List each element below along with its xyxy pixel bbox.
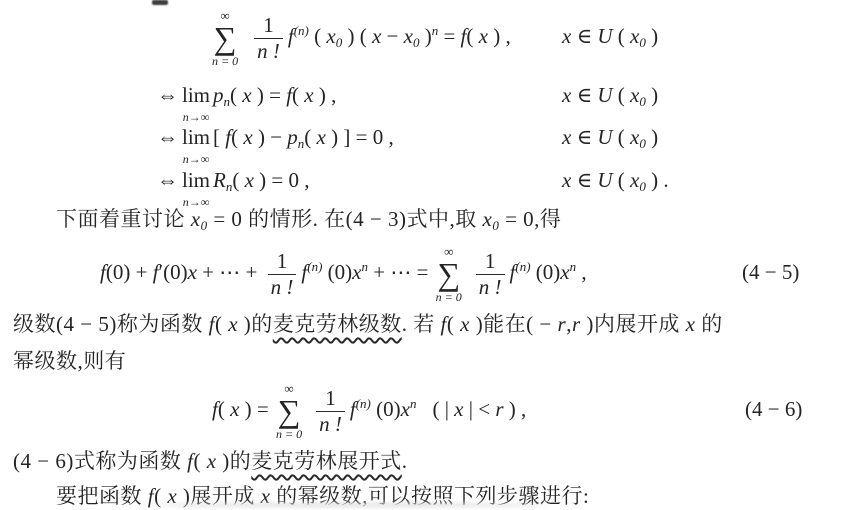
paragraph-maclaurin-expansion-definition: (4 − 6)式称为函数 f( x )的麦克劳林展开式. [13, 443, 408, 479]
math-variable: r [572, 312, 581, 336]
formula-limit-pn: ⇔limn→∞pn( x ) = f( x ) , [157, 74, 336, 116]
math-text: 的 [695, 312, 722, 336]
math-text: ( [232, 168, 244, 192]
math-text: (0) [322, 260, 352, 284]
math-text: = 0 的情形. 在(4 − 3)式中,取 [208, 207, 483, 231]
math-text: ∈ [571, 125, 597, 149]
summation-operator: ∞∑n = 0 [212, 9, 238, 67]
math-text: ) = [252, 83, 287, 107]
math-text: [ [213, 125, 225, 149]
fraction-numerator: 1 [268, 250, 297, 274]
limit-operator: limn→∞ [182, 74, 210, 116]
math-variable: p [287, 125, 298, 149]
math-text: 要把函数 [56, 484, 148, 508]
math-text: ∈ [571, 83, 597, 107]
paragraph-power-series-then: 幂级数,则有 [13, 343, 126, 379]
math-variable: x [372, 24, 381, 48]
formula-maclaurin-series: f(0) + f′(0)x + ⋯ + 1n !f(n) (0)xn + ⋯ =… [100, 242, 587, 303]
math-variable: x [243, 125, 252, 149]
scan-artifact-bottom [150, 503, 550, 507]
math-text: ) ( [342, 24, 372, 48]
paragraph-maclaurin-series-definition: 级数(4 − 5)称为函数 f( x )的麦克劳林级数. 若 f( x )能在(… [13, 306, 723, 342]
paragraph-x0-equals-0: 下面着重讨论 x0 = 0 的情形. 在(4 − 3)式中,取 x0 = 0,得 [56, 202, 561, 236]
math-text: 级数(4 − 5)称为函数 [13, 312, 209, 336]
math-text: ∈ [571, 168, 597, 192]
math-variable: x [630, 24, 639, 48]
math-text: ( [231, 125, 243, 149]
emphasized-term: 麦克劳林展开式 [251, 449, 402, 473]
math-text: . [402, 449, 408, 473]
math-variable: x [562, 83, 571, 107]
math-text: (4 − 6)式称为函数 [13, 449, 187, 473]
math-variable: x [479, 24, 488, 48]
summation-operator: ∞∑n = 0 [436, 245, 462, 303]
fraction-numerator: 1 [476, 250, 505, 274]
math-text: ( [613, 83, 631, 107]
math-text: ) . [646, 168, 669, 192]
scan-artifact-top [152, 0, 168, 5]
math-variable: U [597, 168, 612, 192]
math-text: . 若 [402, 312, 441, 336]
math-variable: x [454, 397, 463, 421]
formula-maclaurin-expansion: f( x ) = ∞∑n = 01n !f(n) (0)xn( | x | < … [212, 378, 526, 440]
math-text: ( [466, 24, 478, 48]
math-variable: x [228, 312, 238, 336]
math-text: | < [464, 397, 496, 421]
math-text: ( [447, 312, 460, 336]
math-variable: x [404, 24, 413, 48]
math-variable: x [630, 125, 639, 149]
emphasized-term: 麦克劳林级数 [273, 312, 402, 336]
math-text: ( [218, 397, 230, 421]
math-variable: x [207, 449, 217, 473]
math-variable: x [326, 24, 335, 48]
math-text: ) [646, 83, 658, 107]
math-text: ( [613, 168, 631, 192]
math-text: ( [309, 24, 327, 48]
math-text: ) , [504, 397, 527, 421]
fraction-denominator: n ! [316, 411, 345, 435]
math-text: ( [193, 449, 206, 473]
math-variable: x [304, 83, 313, 107]
math-text: ∈ [571, 24, 597, 48]
fraction-denominator: n ! [476, 274, 505, 298]
math-variable: x [630, 168, 639, 192]
math-variable: x [317, 125, 326, 149]
math-variable: R [213, 168, 226, 192]
math-superscript: (n) [307, 259, 322, 274]
math-fraction: 1n ! [268, 250, 297, 298]
summation-symbol: ∑ [276, 396, 302, 426]
math-variable: x [686, 312, 696, 336]
math-variable: r [558, 312, 567, 336]
summation-symbol: ∑ [212, 23, 238, 53]
domain-annotation-2: x ∈ U ( x0 ) [562, 74, 658, 116]
math-variable: x [188, 260, 197, 284]
math-text: )内展开成 [581, 312, 686, 336]
math-variable: x [460, 312, 470, 336]
math-text: (0) [531, 260, 561, 284]
math-text: ′(0) [159, 260, 188, 284]
math-variable: x [562, 168, 571, 192]
math-text: ) − [253, 125, 288, 149]
math-text: + ⋯ = [368, 260, 434, 284]
math-variable: p [213, 83, 224, 107]
math-text: ) [646, 125, 658, 149]
math-variable: U [597, 83, 612, 107]
limit-operator: limn→∞ [182, 159, 210, 201]
math-variable: x [245, 168, 254, 192]
formula-taylor-series-convergence: ∞∑n = 01n !f(n) ( x0 ) ( x − x0 )n = f( … [210, 8, 511, 67]
summation-lower-limit: n = 0 [212, 55, 238, 67]
math-text: ( [613, 24, 631, 48]
formula-limit-difference: ⇔limn→∞[ f( x ) − pn( x ) ] = 0 , [157, 116, 394, 158]
math-variable: x [242, 83, 251, 107]
math-text: ) = [239, 397, 274, 421]
math-text: (0) + [106, 260, 153, 284]
summation-lower-limit: n = 0 [436, 291, 462, 303]
math-fraction: 1n ! [316, 387, 345, 435]
fraction-denominator: n ! [254, 38, 283, 62]
limit-operator: limn→∞ [182, 116, 210, 158]
math-text: ) , [488, 24, 511, 48]
math-variable: U [597, 125, 612, 149]
math-subscript: 0 [201, 218, 208, 233]
math-text: , [576, 260, 587, 284]
math-text: ) [419, 24, 431, 48]
math-superscript: (n) [356, 396, 371, 411]
fraction-denominator: n ! [268, 274, 297, 298]
math-text: ) , [314, 83, 337, 107]
math-text: ⇔ [157, 125, 178, 149]
fraction-numerator: 1 [316, 387, 345, 411]
fraction-numerator: 1 [254, 14, 283, 38]
math-text: − [381, 24, 403, 48]
math-text: )的 [217, 449, 252, 473]
math-superscript: (n) [515, 259, 530, 274]
math-text: ( | [432, 397, 454, 421]
math-text: ( [292, 83, 304, 107]
math-text: ) ] = 0 , [326, 125, 394, 149]
math-text: = [438, 24, 460, 48]
math-fraction: 1n ! [476, 250, 505, 298]
math-fraction: 1n ! [254, 14, 283, 62]
math-text: ⇔ [157, 83, 178, 107]
math-variable: U [597, 24, 612, 48]
domain-annotation-4: x ∈ U ( x0 ) . [562, 159, 669, 201]
math-variable: x [562, 125, 571, 149]
math-text: )的 [238, 312, 273, 336]
summation-operator: ∞∑n = 0 [276, 382, 302, 440]
math-text: ( [215, 312, 228, 336]
summation-lower-limit: n = 0 [276, 428, 302, 440]
math-text: (0) [371, 397, 401, 421]
math-variable: x [560, 260, 569, 284]
math-variable: x [401, 397, 410, 421]
math-text: 幂级数,则有 [13, 349, 126, 373]
math-text: 下面着重讨论 [56, 207, 191, 231]
summation-symbol: ∑ [436, 259, 462, 289]
math-variable: x [483, 207, 493, 231]
math-text: )能在( − [470, 312, 558, 336]
math-text: ⇔ [157, 168, 178, 192]
math-text: ( [304, 125, 316, 149]
textbook-page: ∞∑n = 01n !f(n) ( x0 ) ( x − x0 )n = f( … [0, 0, 850, 510]
math-superscript: (n) [294, 23, 309, 38]
math-variable: x [630, 83, 639, 107]
formula-limit-remainder: ⇔limn→∞Rn( x ) = 0 , [157, 159, 310, 201]
equation-number-4-6: (4 − 6) [745, 378, 802, 440]
equation-number-4-5: (4 − 5) [742, 242, 799, 302]
math-variable: x [562, 24, 571, 48]
domain-annotation-3: x ∈ U ( x0 ) [562, 116, 658, 158]
math-variable: r [495, 397, 503, 421]
math-text: ( [230, 83, 242, 107]
math-variable: x [191, 207, 201, 231]
math-text: ) [646, 24, 658, 48]
math-text: ) = 0 , [254, 168, 310, 192]
domain-annotation-1: x ∈ U ( x0 ) [562, 8, 658, 64]
math-text: + ⋯ + [197, 260, 263, 284]
math-text: ( [613, 125, 631, 149]
math-text: = 0,得 [499, 207, 561, 231]
math-superscript: n [410, 396, 417, 411]
